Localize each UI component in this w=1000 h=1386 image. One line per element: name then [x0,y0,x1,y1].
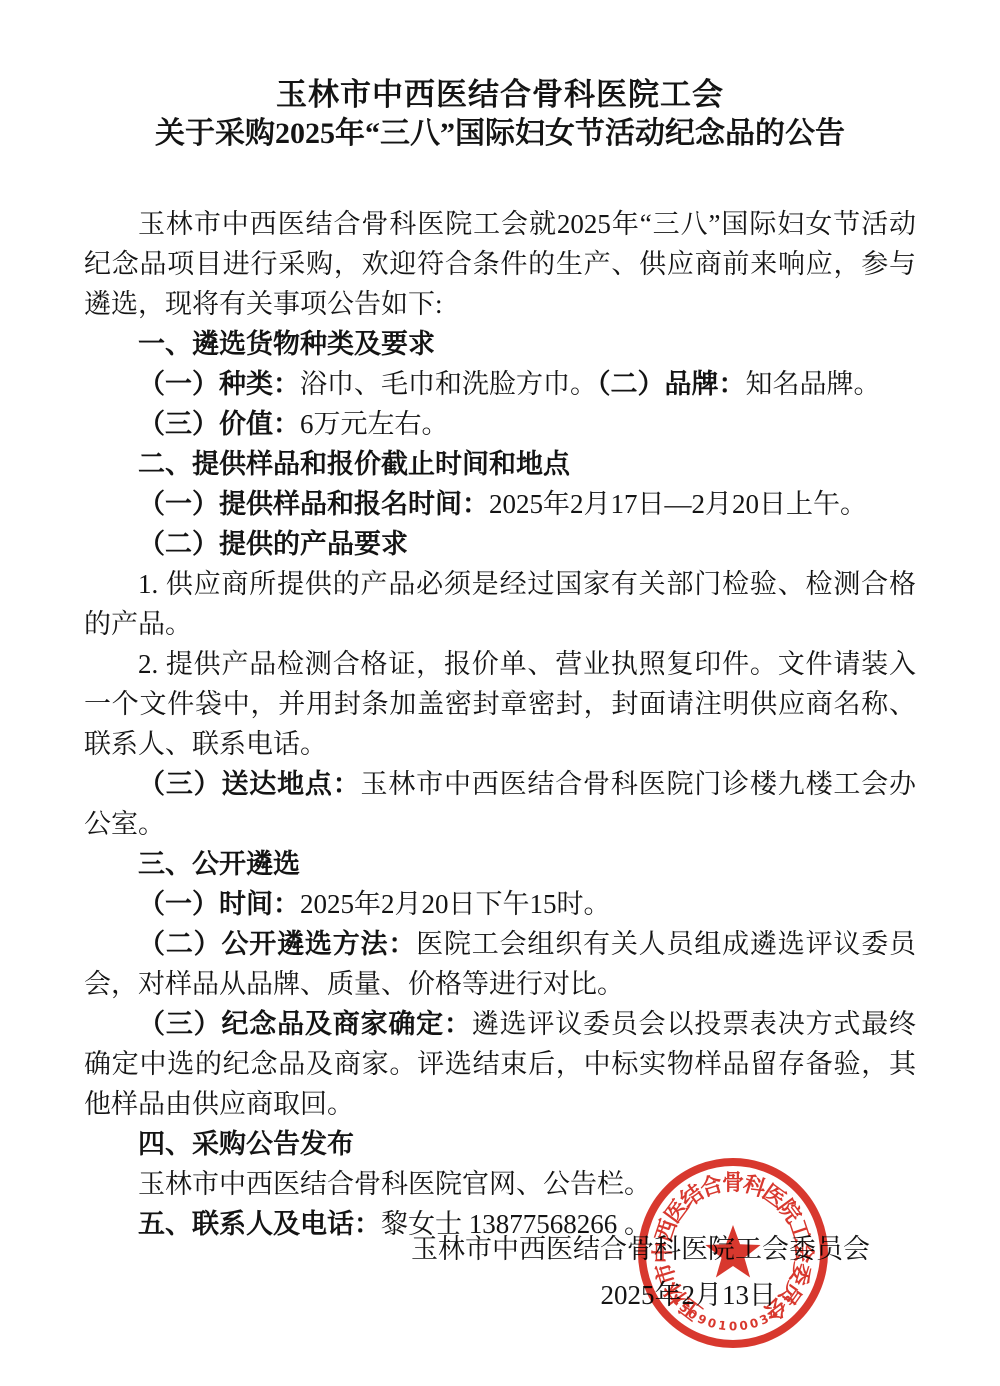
item-text: 2025年2月20日下午15时。 [300,889,611,919]
item-label: （三）纪念品及商家确定： [138,1009,472,1039]
svg-text:1: 1 [717,1318,727,1333]
section-3-item-2: （二）公开遴选方法：医院工会组织有关人员组成遴选评议委员会，对样品从品牌、质量、… [84,924,916,1004]
intro-paragraph: 玉林市中西医结合骨科医院工会就2025年“三八”国际妇女节活动纪念品项目进行采购… [84,204,916,324]
section-2-heading: 二、提供样品和报价截止时间和地点 [84,444,916,484]
section-1-heading: 一、遴选货物种类及要求 [84,324,916,364]
section-2-item-2-sub-2: 2. 提供产品检测合格证，报价单、营业执照复印件。文件请装入一个文件袋中，并用封… [84,644,916,764]
section-1-item-2: （三）价值：6万元左右。 [84,404,916,444]
signature-date: 2025年2月13日 [0,1272,1000,1318]
item-text: 2025年2月17日—2月20日上午。 [489,489,867,519]
signature-org: 玉林市中西医结合骨科医院工会委员会 [0,1226,1000,1272]
item-text: 6万元左右。 [300,409,449,439]
item-label: （一）种类： [138,369,300,399]
section-2-item-3: （三）送达地点：玉林市中西医结合骨科医院门诊楼九楼工会办公室。 [84,764,916,844]
document-page: 玉林市中西医结合骨科医院工会 关于采购2025年“三八”国际妇女节活动纪念品的公… [0,0,1000,1386]
item-label: （一）提供样品和报名时间： [138,489,489,519]
section-2-item-2-sub-1: 1. 供应商所提供的产品必须是经过国家有关部门检验、检测合格的产品。 [84,564,916,644]
section-2-item-1: （一）提供样品和报名时间：2025年2月17日—2月20日上午。 [84,484,916,524]
section-3-heading: 三、公开遴选 [84,844,916,884]
document-body: 玉林市中西医结合骨科医院工会就2025年“三八”国际妇女节活动纪念品项目进行采购… [84,204,916,1244]
svg-text:0: 0 [739,1318,749,1333]
item-text: 知名品牌。 [746,369,881,399]
item-label: （二）公开遴选方法： [138,929,416,959]
item-label: （二）品牌： [597,369,746,399]
item-label: （一）时间： [138,889,300,919]
section-3-item-3: （三）纪念品及商家确定：遴选评议委员会以投票表决方式最终确定中选的纪念品及商家。… [84,1004,916,1124]
item-text: 浴巾、毛巾和洗脸方巾。 [300,369,597,399]
section-2-item-2-heading: （二）提供的产品要求 [84,524,916,564]
signature-block: 玉林市中西医结合骨科医院工会委员会 2025年2月13日 [0,1226,1000,1318]
org-title: 玉林市中西医结合骨科医院工会 [0,76,1000,114]
section-4-text: 玉林市中西医结合骨科医院官网、公告栏。 [84,1164,916,1204]
item-label: （三）价值： [138,409,300,439]
svg-text:0: 0 [729,1320,737,1334]
announcement-title: 关于采购2025年“三八”国际妇女节活动纪念品的公告 [0,114,1000,154]
section-3-item-1: （一）时间：2025年2月20日下午15时。 [84,884,916,924]
item-label: （三）送达地点： [138,769,361,799]
document-header: 玉林市中西医结合骨科医院工会 关于采购2025年“三八”国际妇女节活动纪念品的公… [0,0,1000,154]
section-4-heading: 四、采购公告发布 [84,1124,916,1164]
section-1-item-1: （一）种类：浴巾、毛巾和洗脸方巾。（二）品牌：知名品牌。 [84,364,916,404]
